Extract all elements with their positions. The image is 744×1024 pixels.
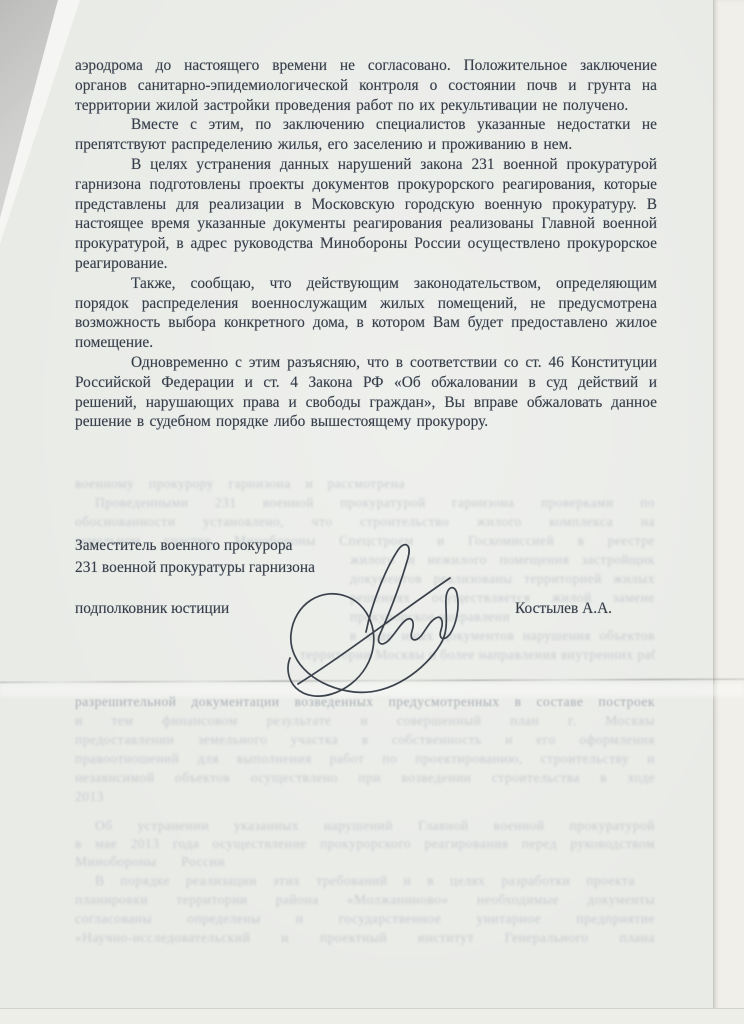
paragraph: В целях устранения данных нарушений зако…: [75, 155, 657, 274]
paragraph-continuation: аэродрома до настоящего времени не согла…: [75, 56, 657, 115]
handwritten-signature-icon: [238, 540, 468, 718]
ghost-text-line: обоснованности установлено, что строител…: [75, 514, 655, 530]
ghost-text-line: Минобороны России: [75, 854, 225, 870]
ghost-text-line: в мае 2013 года осуществление прокурорск…: [75, 836, 655, 852]
paper-bottom-edge: [0, 1008, 744, 1024]
ghost-text-line: Об устранении указанных нарушений Главно…: [95, 818, 655, 834]
ghost-text-line: военному прокурору гарнизона и рассмотре…: [75, 476, 405, 492]
letter-body: аэродрома до настоящего времени не согла…: [75, 56, 657, 432]
ghost-text-line: предоставлении земельного участка в собс…: [75, 732, 655, 748]
ghost-text-line: Проведенными 231 военной прокуратурой га…: [95, 495, 655, 511]
ghost-text-line: независимой объектов осуществлено при во…: [75, 770, 655, 786]
paper-right-edge: [713, 0, 744, 1024]
ghost-text-line: 2013: [75, 789, 120, 805]
paragraph: Вместе с этим, по заключению специалисто…: [75, 115, 657, 155]
ghost-text-line: правоотношений для выполнения работ по п…: [75, 751, 655, 767]
scanned-letter-page: военному прокурору гарнизона и рассмотре…: [0, 0, 744, 1024]
paragraph: Также, сообщаю, что действующим законода…: [75, 274, 657, 353]
ghost-text-line: планировки территории района «Молжанинов…: [75, 892, 655, 908]
signer-rank: подполковник юстиции: [75, 599, 229, 619]
signer-name: Костылев А.А.: [515, 599, 612, 619]
ghost-text-line: согласованы определены и государственное…: [75, 911, 655, 927]
ghost-text-line: «Научно-исследовательский и проектный ин…: [75, 930, 655, 946]
ghost-text-line: В порядке реализации этих требований и в…: [95, 873, 635, 889]
paragraph: Одновременно с этим разъясняю, что в соо…: [75, 353, 657, 432]
